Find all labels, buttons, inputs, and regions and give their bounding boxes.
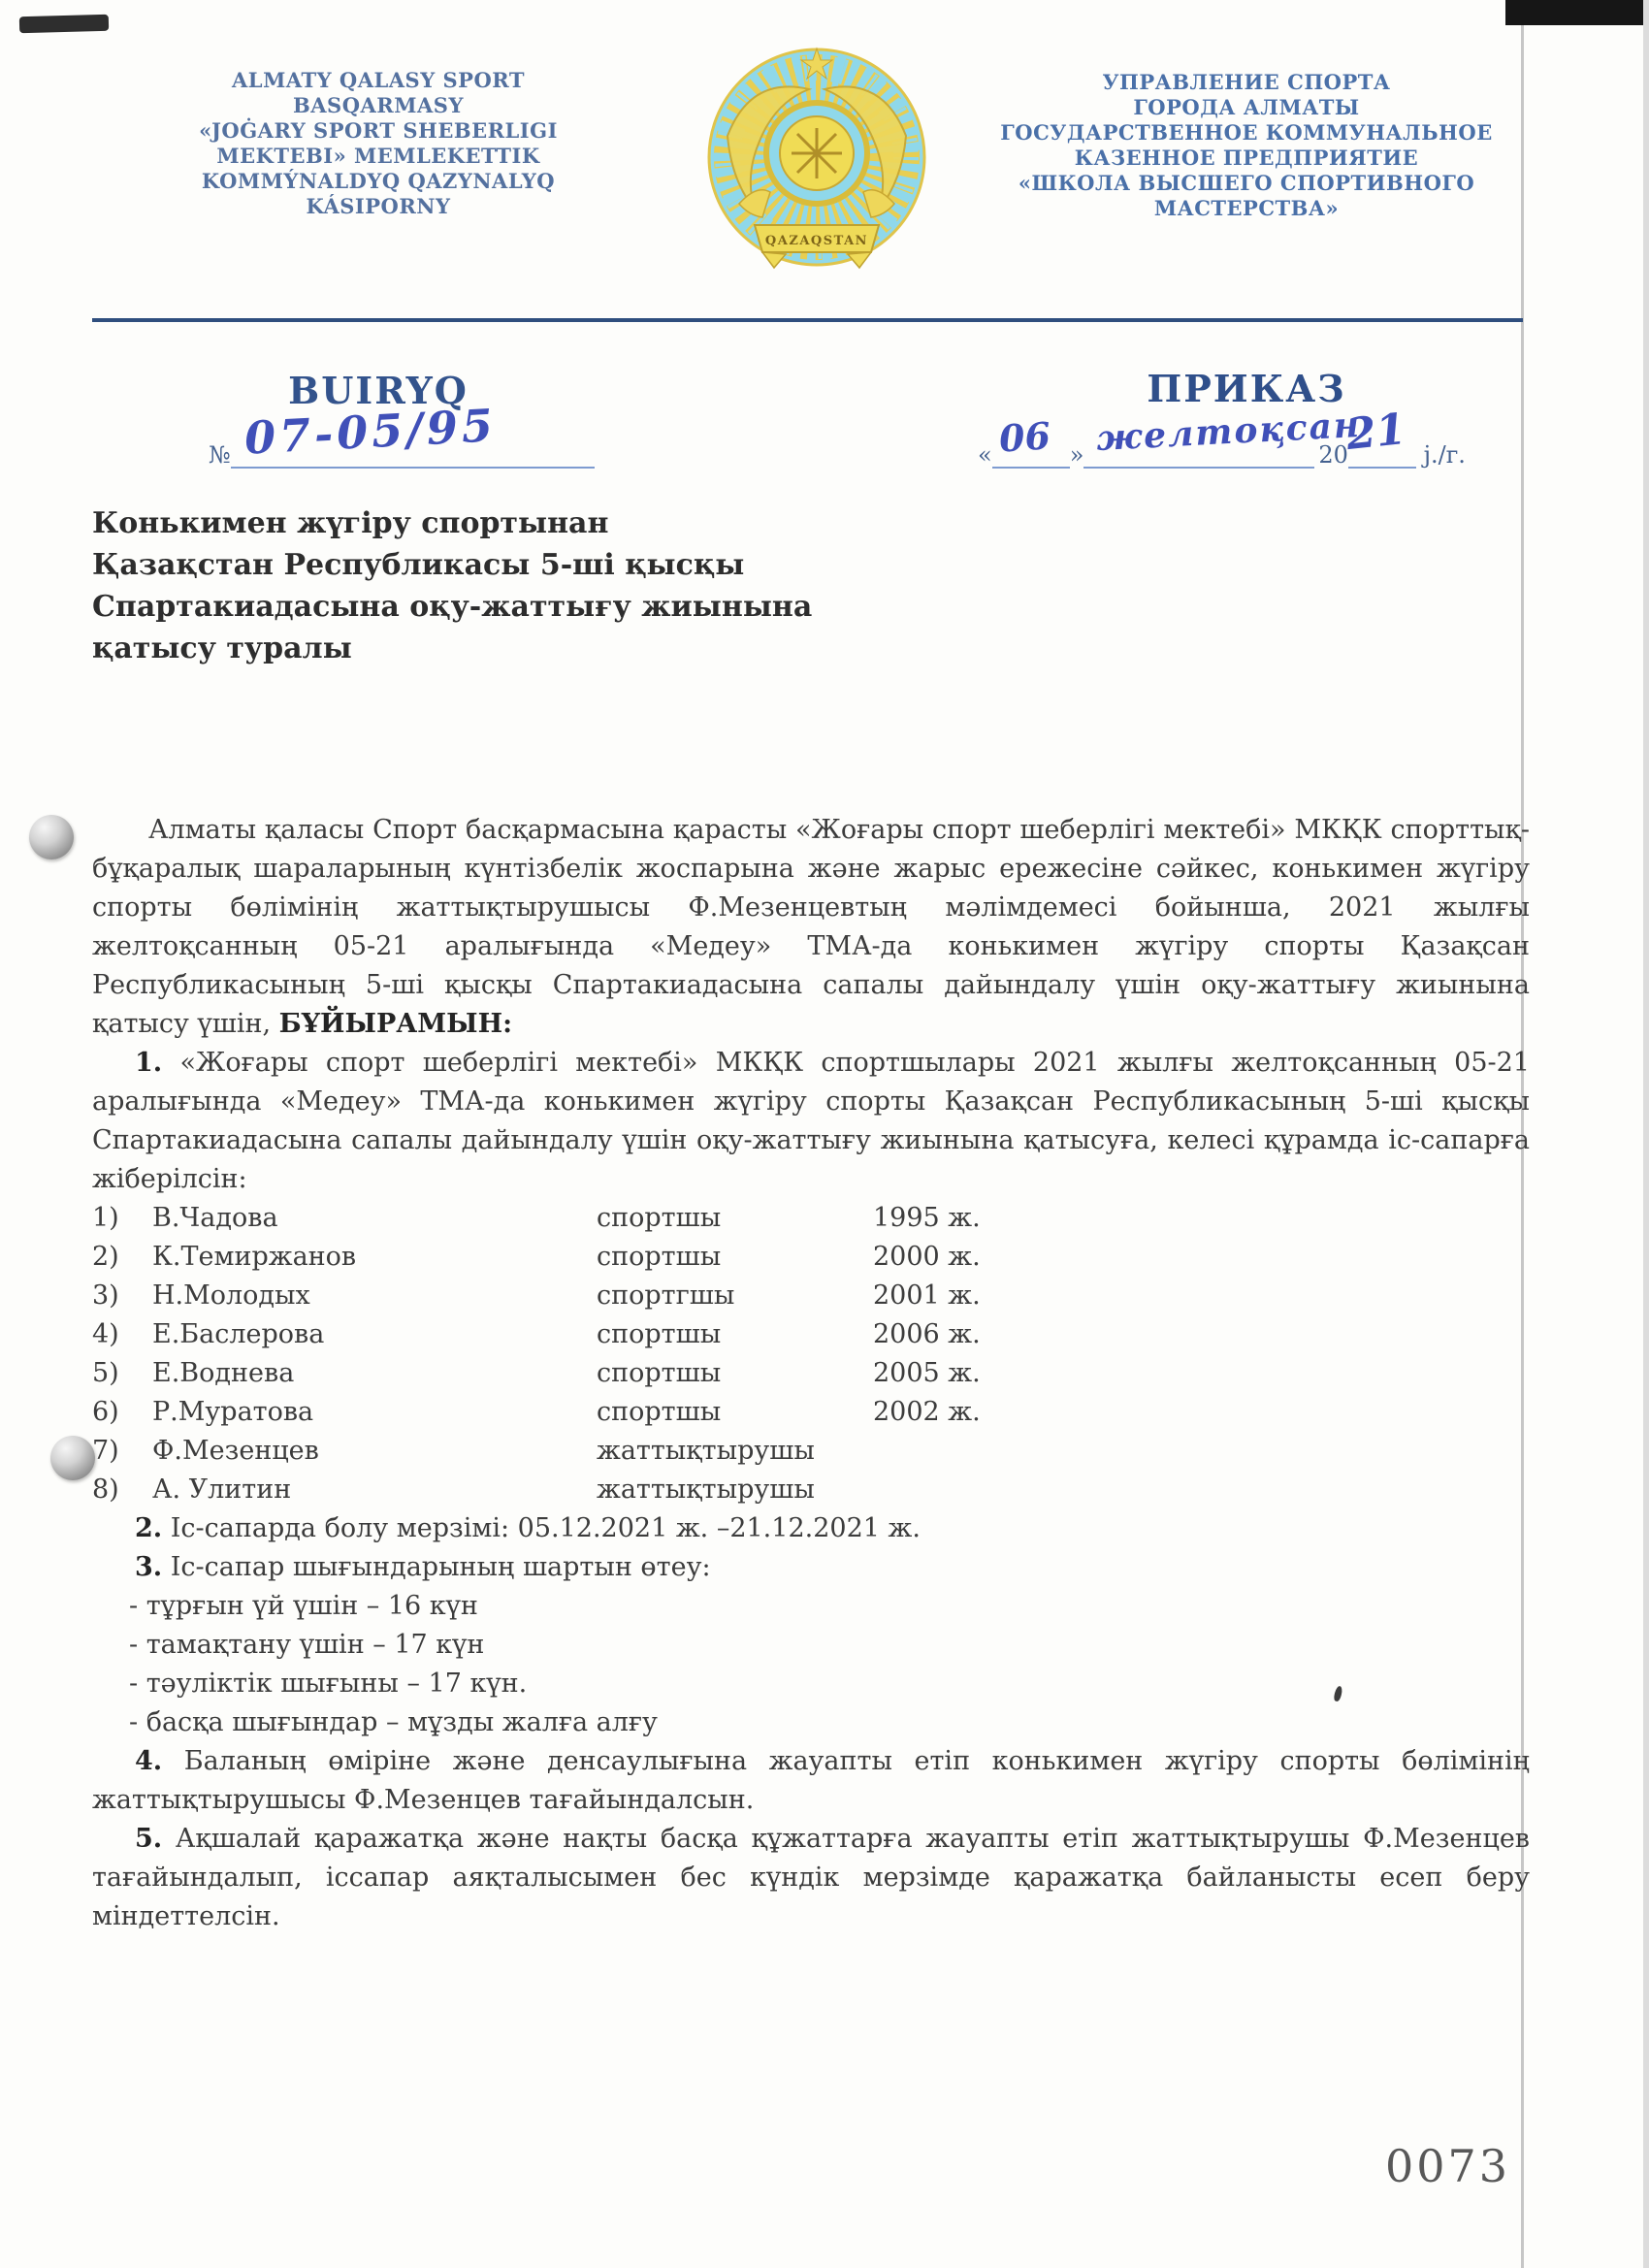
roster-row-num: 6) [92, 1393, 152, 1432]
paragraph-3-number: 3. [135, 1552, 162, 1582]
expense-item: - тұрғын үй үшін – 16 күн [129, 1587, 1530, 1626]
roster-row-role: жаттықтырушы [597, 1432, 873, 1471]
roster-row-name: Ф.Мезенцев [152, 1432, 597, 1471]
order-subject: Конькимен жүгіру спортынан Қазақстан Рес… [92, 502, 849, 669]
paragraph-2-number: 2. [135, 1513, 162, 1543]
paragraph-4-number: 4. [135, 1746, 162, 1776]
order-body: Алматы қаласы Спорт басқармасына қарасты… [92, 811, 1530, 1936]
roster-row-role: спортшы [597, 1199, 873, 1238]
paragraph-2: 2. Іс-сапарда болу мерзімі: 05.12.2021 ж… [92, 1509, 1530, 1548]
roster-row-name: К.Темиржанов [152, 1238, 597, 1277]
header-divider-line [92, 318, 1523, 322]
open-quote: « [978, 441, 992, 469]
paragraph-1-text: «Жоғары спорт шеберлігі мектебі» МКҚК сп… [92, 1048, 1530, 1194]
roster-row-role: жаттықтырушы [597, 1471, 873, 1509]
paragraph-1: 1. «Жоғары спорт шеберлігі мектебі» МКҚК… [92, 1044, 1530, 1199]
date-suffix: j./г. [1424, 441, 1466, 469]
roster-row-num: 3) [92, 1277, 152, 1315]
number-sign-label: № [209, 441, 231, 469]
expense-list: - тұрғын үй үшін – 16 күн - тамақтану үш… [92, 1587, 1530, 1742]
paragraph-3-text: Іс-сапар шығындарының шартын өтеу: [162, 1552, 710, 1582]
roster-row-role: спортшы [597, 1393, 873, 1432]
intro-paragraph: Алматы қаласы Спорт басқармасына қарасты… [92, 811, 1530, 1044]
roster-row-name: Е.Баслерова [152, 1315, 597, 1354]
roster-row-role: спортгшы [597, 1277, 873, 1315]
hole-punch-bottom [50, 1436, 95, 1480]
roster-row-num: 7) [92, 1432, 152, 1471]
intro-text: Алматы қаласы Спорт басқармасына қарасты… [92, 815, 1530, 1039]
roster-row-year [873, 1432, 1530, 1471]
roster-row-year [873, 1471, 1530, 1509]
archive-page-number: 0073 [1385, 2140, 1510, 2192]
roster-row-role: спортшы [597, 1315, 873, 1354]
expense-item: - басқа шығындар – мұзды жалға алғу [129, 1703, 1530, 1742]
roster-row-num: 8) [92, 1471, 152, 1509]
paragraph-2-text: Іс-сапарда болу мерзімі: 05.12.2021 ж. –… [162, 1513, 921, 1543]
hole-punch-top [29, 815, 74, 859]
roster-row-name: Е.Воднева [152, 1354, 597, 1393]
kazakhstan-emblem-icon: QAZAQSTAN [700, 39, 933, 281]
paragraph-5: 5. Ақшалай қаражатқа және нақты басқа құ… [92, 1820, 1530, 1936]
roster-row-year: 2000 ж. [873, 1238, 1530, 1277]
roster-row-year: 2006 ж. [873, 1315, 1530, 1354]
close-quote: » [1070, 441, 1084, 469]
order-title-russian: ПРИКАЗ [946, 367, 1547, 410]
roster-row-year: 2005 ж. [873, 1354, 1530, 1393]
roster-table: 1)В.Чадоваспортшы1995 ж. 2)К.Темиржановс… [92, 1199, 1530, 1509]
roster-row-num: 5) [92, 1354, 152, 1393]
expense-item: - тамақтану үшін – 17 күн [129, 1626, 1530, 1665]
paragraph-5-text: Ақшалай қаражатқа және нақты басқа құжат… [92, 1824, 1530, 1931]
emblem-banner-text: QAZAQSTAN [765, 234, 868, 248]
roster-row-year: 1995 ж. [873, 1199, 1530, 1238]
handwritten-day: 06 [997, 413, 1051, 461]
expense-item: - тәуліктік шығыны – 17 күн. [129, 1665, 1530, 1703]
roster-row-name: В.Чадова [152, 1199, 597, 1238]
roster-row-num: 2) [92, 1238, 152, 1277]
paragraph-4: 4. Баланың өміріне және денсаулығына жау… [92, 1742, 1530, 1820]
roster-row-role: спортшы [597, 1354, 873, 1393]
handwritten-year: 21 [1344, 405, 1408, 460]
organization-name-russian: УПРАВЛЕНИЕ СПОРТА ГОРОДА АЛМАТЫ ГОСУДАРС… [946, 70, 1547, 221]
roster-row-role: спортшы [597, 1238, 873, 1277]
intro-resolve-word: БҰЙЫРАМЫН: [279, 1009, 512, 1039]
roster-row-name: Н.Молодых [152, 1277, 597, 1315]
scan-edge-shadow [1643, 0, 1649, 2268]
roster-row-num: 4) [92, 1315, 152, 1354]
scan-bar-top-right [1505, 0, 1649, 25]
roster-row-name: А. Улитин [152, 1471, 597, 1509]
paragraph-3: 3. Іс-сапар шығындарының шартын өтеу: [92, 1548, 1530, 1587]
roster-row-year: 2002 ж. [873, 1393, 1530, 1432]
scan-smudge-top-left [19, 15, 109, 33]
scanned-order-document: ALMATY QALASY SPORT BASQARMASY «JOĠARY S… [0, 0, 1649, 2268]
roster-row-num: 1) [92, 1199, 152, 1238]
roster-row-name: Р.Муратова [152, 1393, 597, 1432]
roster-row-year: 2001 ж. [873, 1277, 1530, 1315]
paragraph-5-number: 5. [135, 1824, 162, 1854]
paragraph-4-text: Баланың өміріне және денсаулығына жауапт… [92, 1746, 1530, 1815]
organization-name-kazakh: ALMATY QALASY SPORT BASQARMASY «JOĠARY S… [126, 68, 630, 219]
paragraph-1-number: 1. [135, 1048, 162, 1078]
